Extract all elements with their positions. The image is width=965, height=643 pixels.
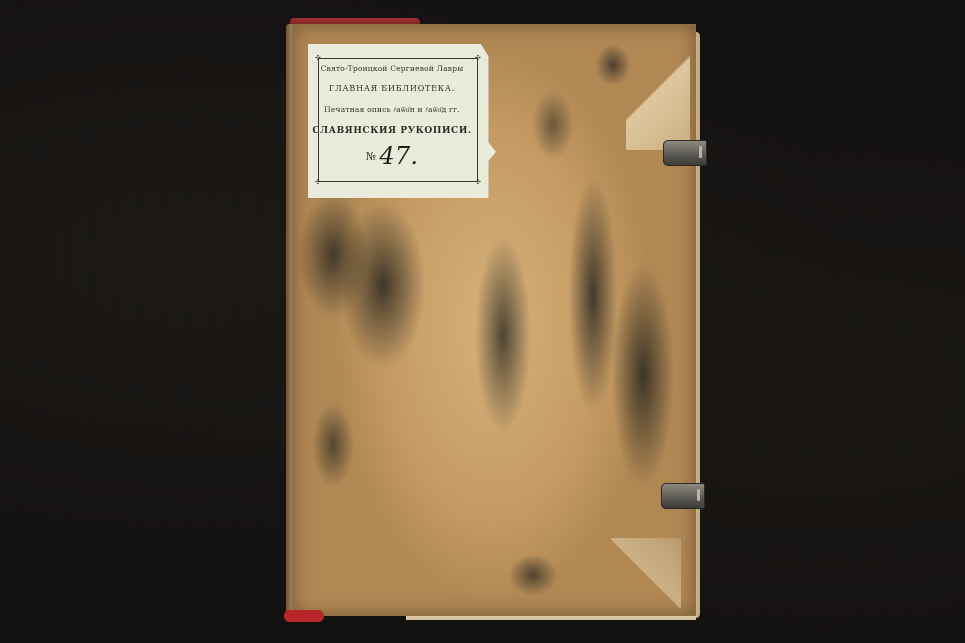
label-number-prefix: №	[366, 150, 377, 163]
manuscript-book: ✣ ✣ ✣ ✣ Свято-Троицкой Сергиевой Лавры Г…	[286, 18, 700, 622]
library-label: ✣ ✣ ✣ ✣ Свято-Троицкой Сергиевой Лавры Г…	[308, 44, 496, 198]
headband-bottom	[284, 610, 324, 622]
label-collection: СЛАВЯНСКИЯ РУКОПИСИ.	[308, 126, 476, 136]
ornament-icon: ✣	[475, 55, 481, 61]
clasp-top-icon	[663, 140, 707, 166]
label-number-row: №47.	[308, 142, 476, 170]
clasp-bottom-icon	[661, 483, 705, 509]
label-monastery-name: Свято-Троицкой Сергиевой Лавры	[308, 64, 476, 73]
label-catalog-note: Печатная опись ҂аѿо҃н и ҂аѿо҃д гг.	[308, 105, 476, 114]
ornament-icon: ✣	[315, 55, 321, 61]
ornament-icon: ✣	[475, 179, 481, 185]
corner-fold-bottom	[611, 538, 681, 608]
corner-fold-top	[626, 30, 690, 150]
label-number: 47.	[379, 142, 418, 170]
ornament-icon: ✣	[315, 179, 321, 185]
label-library-name: ГЛАВНАЯ БИБЛИОТЕКА.	[308, 84, 476, 93]
